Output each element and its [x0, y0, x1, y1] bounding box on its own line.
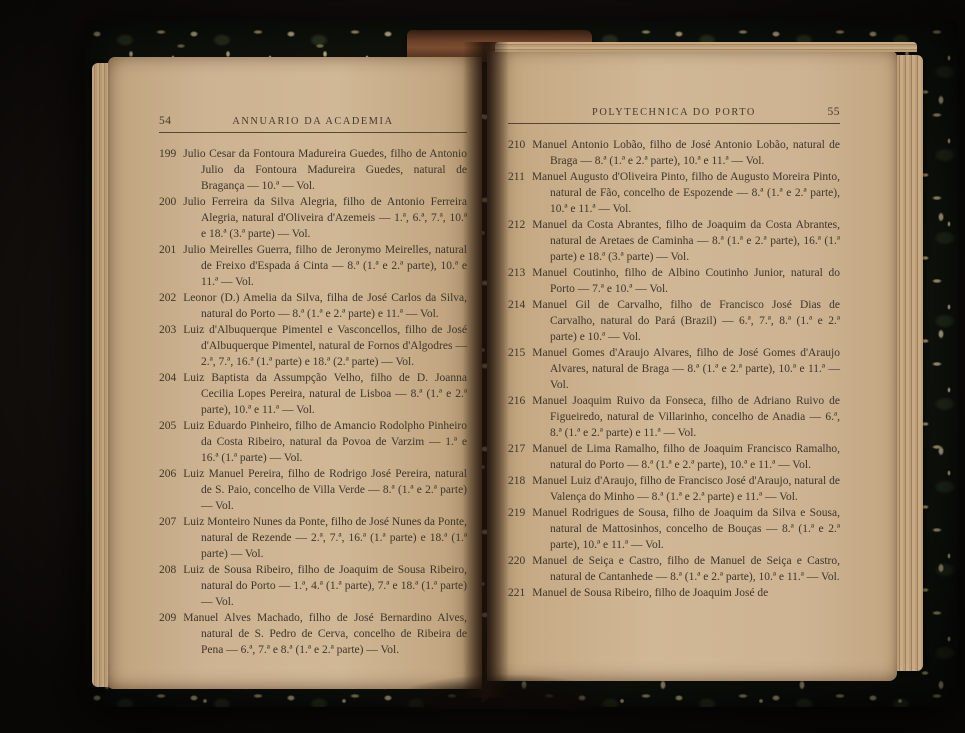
header-rule	[159, 132, 467, 133]
entry-number: 217	[508, 443, 525, 455]
entry-text: Manuel Gomes d'Araujo Alvares, filho de …	[532, 347, 840, 391]
entry-text: Manuel Luiz d'Araujo, filho de Francisco…	[532, 475, 840, 503]
catalog-entry: 211Manuel Augusto d'Oliveira Pinto, filh…	[508, 169, 840, 217]
catalog-entry: 210Manuel Antonio Lobão, filho de José A…	[508, 137, 840, 169]
entry-number: 215	[508, 347, 525, 359]
running-head-right: POLYTECHNICA DO PORTO 55	[508, 106, 840, 118]
catalog-entry: 207Luiz Monteiro Nunes da Ponte, filho d…	[159, 514, 467, 562]
catalog-entry: 217Manuel de Lima Ramalho, filho de Joaq…	[508, 441, 840, 473]
entry-number: 212	[508, 219, 525, 231]
catalog-entry: 216Manuel Joaquim Ruivo da Fonseca, filh…	[508, 393, 840, 441]
entry-text: Julio Meirelles Guerra, filho de Jeronym…	[183, 244, 467, 288]
book-cover: 54 ANNUARIO DA ACADEMIA 199Julio Cesar d…	[85, 20, 958, 707]
entry-number: 202	[159, 292, 176, 304]
entry-number: 205	[159, 420, 176, 432]
entry-number: 213	[508, 267, 525, 279]
entry-text: Luiz Eduardo Pinheiro, filho de Amancio …	[183, 420, 467, 464]
entry-number: 201	[159, 244, 176, 256]
entry-text: Manuel Augusto d'Oliveira Pinto, filho d…	[532, 171, 840, 215]
catalog-entry: 221Manuel de Sousa Ribeiro, filho de Joa…	[508, 585, 840, 601]
catalog-entry: 204Luiz Baptista da Assumpção Velho, fil…	[159, 370, 467, 418]
entry-number: 210	[508, 139, 525, 151]
running-head-title: ANNUARIO DA ACADEMIA	[203, 116, 423, 127]
entry-number: 216	[508, 395, 525, 407]
entry-number: 219	[508, 507, 525, 519]
catalog-entry: 214Manuel Gil de Carvalho, filho de Fran…	[508, 297, 840, 345]
catalog-entry: 205Luiz Eduardo Pinheiro, filho de Amanc…	[159, 418, 467, 466]
page-right: POLYTECHNICA DO PORTO 55 210Manuel Anton…	[487, 51, 897, 681]
entry-number: 214	[508, 299, 525, 311]
catalog-entry: 203Luiz d'Albuquerque Pimentel e Vasconc…	[159, 322, 467, 370]
catalog-entry: 213Manuel Coutinho, filho de Albino Cout…	[508, 265, 840, 297]
entry-text: Julio Cesar da Fontoura Madureira Guedes…	[183, 148, 467, 192]
photo-backdrop: 54 ANNUARIO DA ACADEMIA 199Julio Cesar d…	[0, 0, 965, 733]
entry-text: Julio Ferreira da Silva Alegria, filho d…	[183, 196, 467, 240]
entry-number: 218	[508, 475, 525, 487]
catalog-entry: 209Manuel Alves Machado, filho de José B…	[159, 610, 467, 658]
entry-text: Luiz de Sousa Ribeiro, filho de Joaquim …	[183, 564, 467, 608]
catalog-entry: 202Leonor (D.) Amelia da Silva, filha de…	[159, 290, 467, 322]
catalog-entry: 201Julio Meirelles Guerra, filho de Jero…	[159, 242, 467, 290]
catalog-entry: 219Manuel Rodrigues de Sousa, filho de J…	[508, 505, 840, 553]
page-left: 54 ANNUARIO DA ACADEMIA 199Julio Cesar d…	[108, 57, 482, 689]
entry-text: Manuel Rodrigues de Sousa, filho de Joaq…	[532, 507, 840, 551]
entry-number: 203	[159, 324, 176, 336]
entry-text: Manuel da Costa Abrantes, filho de Joaqu…	[532, 219, 840, 263]
entry-text: Manuel Alves Machado, filho de José Bern…	[183, 612, 467, 656]
entry-number: 211	[508, 171, 525, 183]
catalog-entry: 215Manuel Gomes d'Araujo Alvares, filho …	[508, 345, 840, 393]
catalog-entry: 206Luiz Manuel Pereira, filho de Rodrigo…	[159, 466, 467, 514]
entry-text: Manuel de Sousa Ribeiro, filho de Joaqui…	[532, 587, 768, 599]
entry-text: Leonor (D.) Amelia da Silva, filha de Jo…	[183, 292, 467, 320]
entry-text: Manuel de Lima Ramalho, filho de Joaquim…	[532, 443, 840, 471]
entry-number: 209	[159, 612, 176, 624]
entry-list-left: 199Julio Cesar da Fontoura Madureira Gue…	[159, 146, 467, 658]
entry-number: 199	[159, 148, 176, 160]
entry-text: Luiz Baptista da Assumpção Velho, filho …	[183, 372, 467, 416]
running-head-title: POLYTECHNICA DO PORTO	[552, 107, 796, 118]
entry-text: Luiz Manuel Pereira, filho de Rodrigo Jo…	[183, 468, 467, 512]
running-head-left: 54 ANNUARIO DA ACADEMIA	[159, 115, 467, 127]
entry-text: Manuel Joaquim Ruivo da Fonseca, filho d…	[532, 395, 840, 439]
entry-text: Manuel Coutinho, filho de Albino Coutinh…	[532, 267, 840, 295]
entry-number: 221	[508, 587, 525, 599]
catalog-entry: 218Manuel Luiz d'Araujo, filho de Franci…	[508, 473, 840, 505]
header-rule	[508, 123, 840, 124]
catalog-entry: 200Julio Ferreira da Silva Alegria, filh…	[159, 194, 467, 242]
catalog-entry: 199Julio Cesar da Fontoura Madureira Gue…	[159, 146, 467, 194]
entry-number: 206	[159, 468, 176, 480]
entry-text: Manuel de Seiça e Castro, filho de Manue…	[532, 555, 840, 583]
catalog-entry: 220Manuel de Seiça e Castro, filho de Ma…	[508, 553, 840, 585]
entry-text: Luiz Monteiro Nunes da Ponte, filho de J…	[183, 516, 467, 560]
entry-text: Luiz d'Albuquerque Pimentel e Vasconcell…	[183, 324, 467, 368]
entry-number: 220	[508, 555, 525, 567]
entry-list-right: 210Manuel Antonio Lobão, filho de José A…	[508, 137, 840, 601]
page-number: 55	[796, 106, 840, 118]
entry-number: 204	[159, 372, 176, 384]
catalog-entry: 208Luiz de Sousa Ribeiro, filho de Joaqu…	[159, 562, 467, 610]
entry-number: 207	[159, 516, 176, 528]
page-stack-edges-left	[92, 63, 108, 687]
page-stack-edges-right	[897, 55, 923, 671]
entry-text: Manuel Antonio Lobão, filho de José Anto…	[532, 139, 840, 167]
entry-text: Manuel Gil de Carvalho, filho de Francis…	[532, 299, 840, 343]
entry-number: 200	[159, 196, 176, 208]
catalog-entry: 212Manuel da Costa Abrantes, filho de Jo…	[508, 217, 840, 265]
page-number: 54	[159, 115, 203, 127]
entry-number: 208	[159, 564, 176, 576]
